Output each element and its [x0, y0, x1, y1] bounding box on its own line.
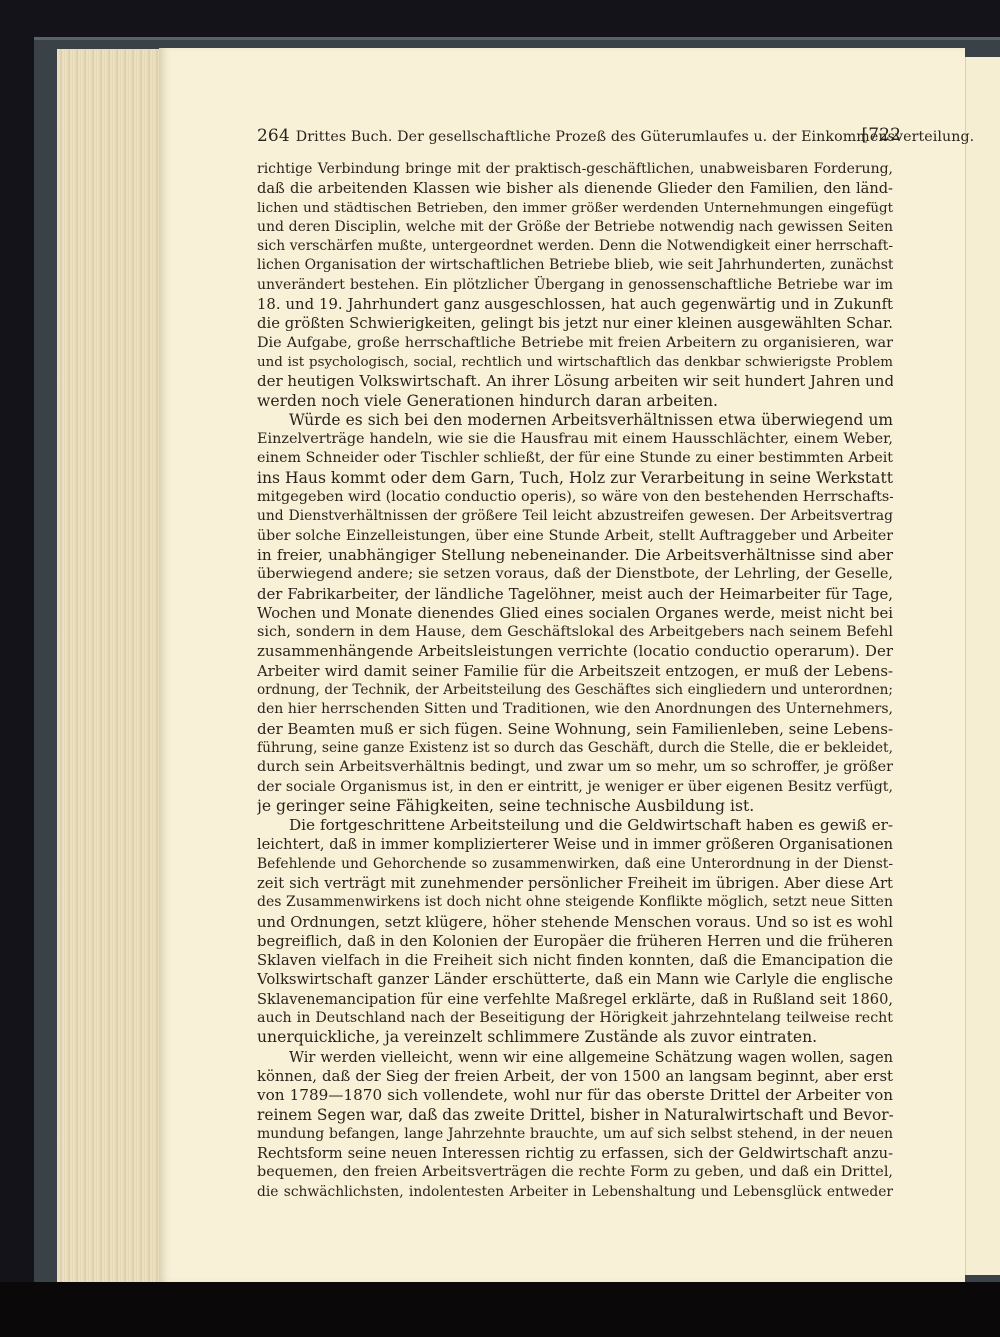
- text-line: mundung befangen, lange Jahrzehnte brauc…: [257, 1125, 893, 1144]
- text-line: lichen Organisation der wirtschaftlichen…: [257, 256, 893, 275]
- margin-reference: [722: [862, 125, 901, 145]
- text-line: mitgegeben wird (locatio conductio operi…: [257, 488, 893, 507]
- text-line: Wochen und Monate dienendes Glied eines …: [257, 604, 893, 623]
- text-line: Sklaven vielfach in die Freiheit sich ni…: [257, 951, 893, 970]
- page-edges: [57, 49, 160, 1282]
- text-line: zusammenhängende Arbeitsleistungen verri…: [257, 642, 893, 661]
- text-line: von 1789—1870 sich vollendete, wohl nur …: [257, 1086, 893, 1105]
- text-line: Die Aufgabe, große herrschaftliche Betri…: [257, 334, 893, 353]
- text-line: überwiegend andere; sie setzen voraus, d…: [257, 565, 893, 584]
- text-line: 18. und 19. Jahrhundert ganz ausgeschlos…: [257, 295, 893, 314]
- text-line: und Dienstverhältnissen der größere Teil…: [257, 507, 893, 526]
- text-line: unerquickliche, ja vereinzelt schlimmere…: [257, 1028, 893, 1047]
- text-line: durch sein Arbeitsverhältnis bedingt, un…: [257, 758, 893, 777]
- text-line: und Ordnungen, setzt klügere, höher steh…: [257, 913, 893, 932]
- text-line: Einzelverträge handeln, wie sie die Haus…: [257, 430, 893, 449]
- text-line: lichen und städtischen Betrieben, den im…: [257, 199, 893, 218]
- text-line: Würde es sich bei den modernen Arbeitsve…: [257, 411, 893, 430]
- text-line: über solche Einzelleistungen, über eine …: [257, 527, 893, 546]
- text-line: der heutigen Volkswirtschaft. An ihrer L…: [257, 372, 893, 391]
- text-line: Volkswirtschaft ganzer Länder erschütter…: [257, 970, 893, 989]
- text-line: sich verschärfen mußte, untergeordnet we…: [257, 237, 893, 256]
- text-line: Befehlende und Gehorchende so zusammenwi…: [257, 855, 893, 874]
- text-line: einem Schneider oder Tischler schließt, …: [257, 449, 893, 468]
- text-line: und deren Disciplin, welche mit der Größ…: [257, 218, 893, 237]
- body-text: richtige Verbindung bringe mit der prakt…: [257, 160, 893, 1202]
- text-line: die schwächlichsten, indolentesten Arbei…: [257, 1183, 893, 1202]
- text-line: je geringer seine Fähigkeiten, seine tec…: [257, 797, 893, 816]
- text-line: der Fabrikarbeiter, der ländliche Tagelö…: [257, 585, 893, 604]
- text-line: Rechtsform seine neuen Interessen richti…: [257, 1144, 893, 1163]
- text-line: und ist psychologisch, social, rechtlich…: [257, 353, 893, 372]
- text-line: unverändert bestehen. Ein plötzlicher Üb…: [257, 276, 893, 295]
- text-line: können, daß der Sieg der freien Arbeit, …: [257, 1067, 893, 1086]
- facing-page-edge: [965, 57, 1000, 1275]
- text-line: die größten Schwierigkeiten, gelingt bis…: [257, 314, 893, 333]
- text-line: führung, seine ganze Existenz ist so dur…: [257, 739, 893, 758]
- text-line: zeit sich verträgt mit zunehmender persö…: [257, 874, 893, 893]
- text-line: der sociale Organismus ist, in den er ei…: [257, 778, 893, 797]
- text-line: sich, sondern in dem Hause, dem Geschäft…: [257, 623, 893, 642]
- text-line: reinem Segen war, daß das zweite Drittel…: [257, 1106, 893, 1125]
- text-line: ins Haus kommt oder dem Garn, Tuch, Holz…: [257, 469, 893, 488]
- text-line: richtige Verbindung bringe mit der prakt…: [257, 160, 893, 179]
- background-shadow: [0, 1282, 1000, 1337]
- text-line: werden noch viele Generationen hindurch …: [257, 392, 893, 411]
- text-line: leichtert, daß in immer komplizierterer …: [257, 835, 893, 854]
- text-line: begreiflich, daß in den Kolonien der Eur…: [257, 932, 893, 951]
- text-line: Arbeiter wird damit seiner Familie für d…: [257, 662, 893, 681]
- text-line: auch in Deutschland nach der Beseitigung…: [257, 1009, 893, 1028]
- text-line: den hier herrschenden Sitten und Traditi…: [257, 700, 893, 719]
- text-line: Die fortgeschrittene Arbeitsteilung und …: [257, 816, 893, 835]
- text-line: Sklavenemancipation für eine verfehlte M…: [257, 990, 893, 1009]
- text-line: der Beamten muß er sich fügen. Seine Woh…: [257, 720, 893, 739]
- text-line: daß die arbeitenden Klassen wie bisher a…: [257, 179, 893, 198]
- page-number: 264: [257, 126, 290, 146]
- running-header: 264Drittes Buch. Der gesellschaftliche P…: [257, 126, 897, 146]
- text-line: ordnung, der Technik, der Arbeitsteilung…: [257, 681, 893, 700]
- text-line: bequemen, den freien Arbeitsverträgen di…: [257, 1163, 893, 1182]
- text-line: des Zusammenwirkens ist doch nicht ohne …: [257, 893, 893, 912]
- text-line: in freier, unabhängiger Stellung nebenei…: [257, 546, 893, 565]
- text-line: Wir werden vielleicht, wenn wir eine all…: [257, 1048, 893, 1067]
